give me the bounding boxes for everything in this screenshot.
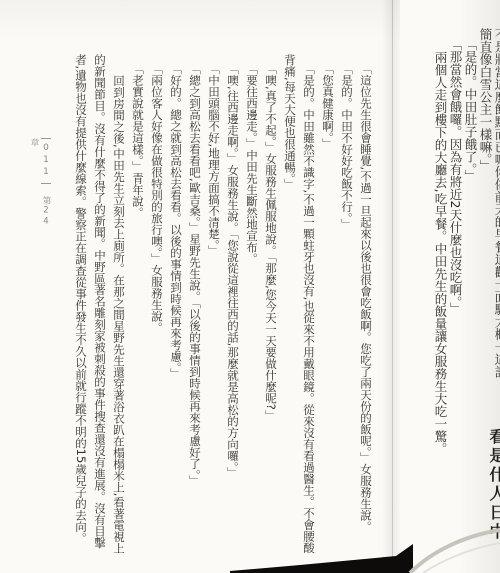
paragraph: 「您真健康啊。」: [318, 54, 337, 554]
paragraph: 「要往西邊走。」中田先生斷然地宣布。: [242, 54, 261, 554]
paragraph: 「是的。中田雖然不識字,不過一顆蛀牙也沒有,也從來不用戴眼鏡。從來沒有看過醫生。…: [280, 54, 318, 554]
paragraph: 「好的。總之就到高松去看看。以後的事情到時候再來考慮。」: [166, 54, 185, 554]
paragraph: 「總之到高松去看看吧,歐吉桑。」星野先生說。「以後的事情到時候再來考慮好了。」: [185, 54, 204, 554]
book-photo: 「這位先生很會睡覺,不過一旦起來以後也很會吃飯啊。您吃了兩天份的飯呢。」女服務生…: [0, 0, 500, 573]
paragraph: 「噢,真了不起。」女服務生佩服地說。「那麼,您今天一天要做什麼呢?」: [261, 54, 280, 554]
paragraph: 「是的。中田不好好吃飯不行。」: [337, 54, 356, 554]
left-page-text: 「這位先生很會睡覺,不過一旦起來以後也很會吃飯啊。您吃了兩天份的飯呢。」女服務生…: [65, 54, 375, 554]
page-curl-shadow: [458, 0, 500, 573]
paragraph: 「老實說就是這樣。」青年說。: [128, 54, 147, 554]
paragraph: 「這位先生很會睡覺,不過一旦起來以後也很會吃飯啊。您吃了兩天份的飯呢。」女服務生…: [356, 54, 375, 554]
folio: 011 第24章: [28, 138, 52, 228]
folio-page-number: 011: [41, 138, 51, 184]
page-top-shadow: [0, 0, 400, 42]
paragraph: 兩個人走到樓下的大廳去,吃早餐。中田先生的飯量讓女服務生大吃一驚。: [433, 28, 448, 533]
paragraph: 回到房間之後,中田先生立刻去上廁所。在那之間星野先生還穿著浴衣趴在榻榻米上,看著…: [71, 54, 128, 554]
paragraph: 「噢,往西邊走啊。」女服務生說。「您說從這裡往西的話,那麼就是高松的方向囉。」: [223, 54, 242, 554]
paragraph: 「中田頭腦不好,地理方面搞不清楚。」: [204, 54, 223, 554]
paragraph: 「兩位客人好像在做很特別的旅行噢。」女服務生說。: [147, 54, 166, 554]
